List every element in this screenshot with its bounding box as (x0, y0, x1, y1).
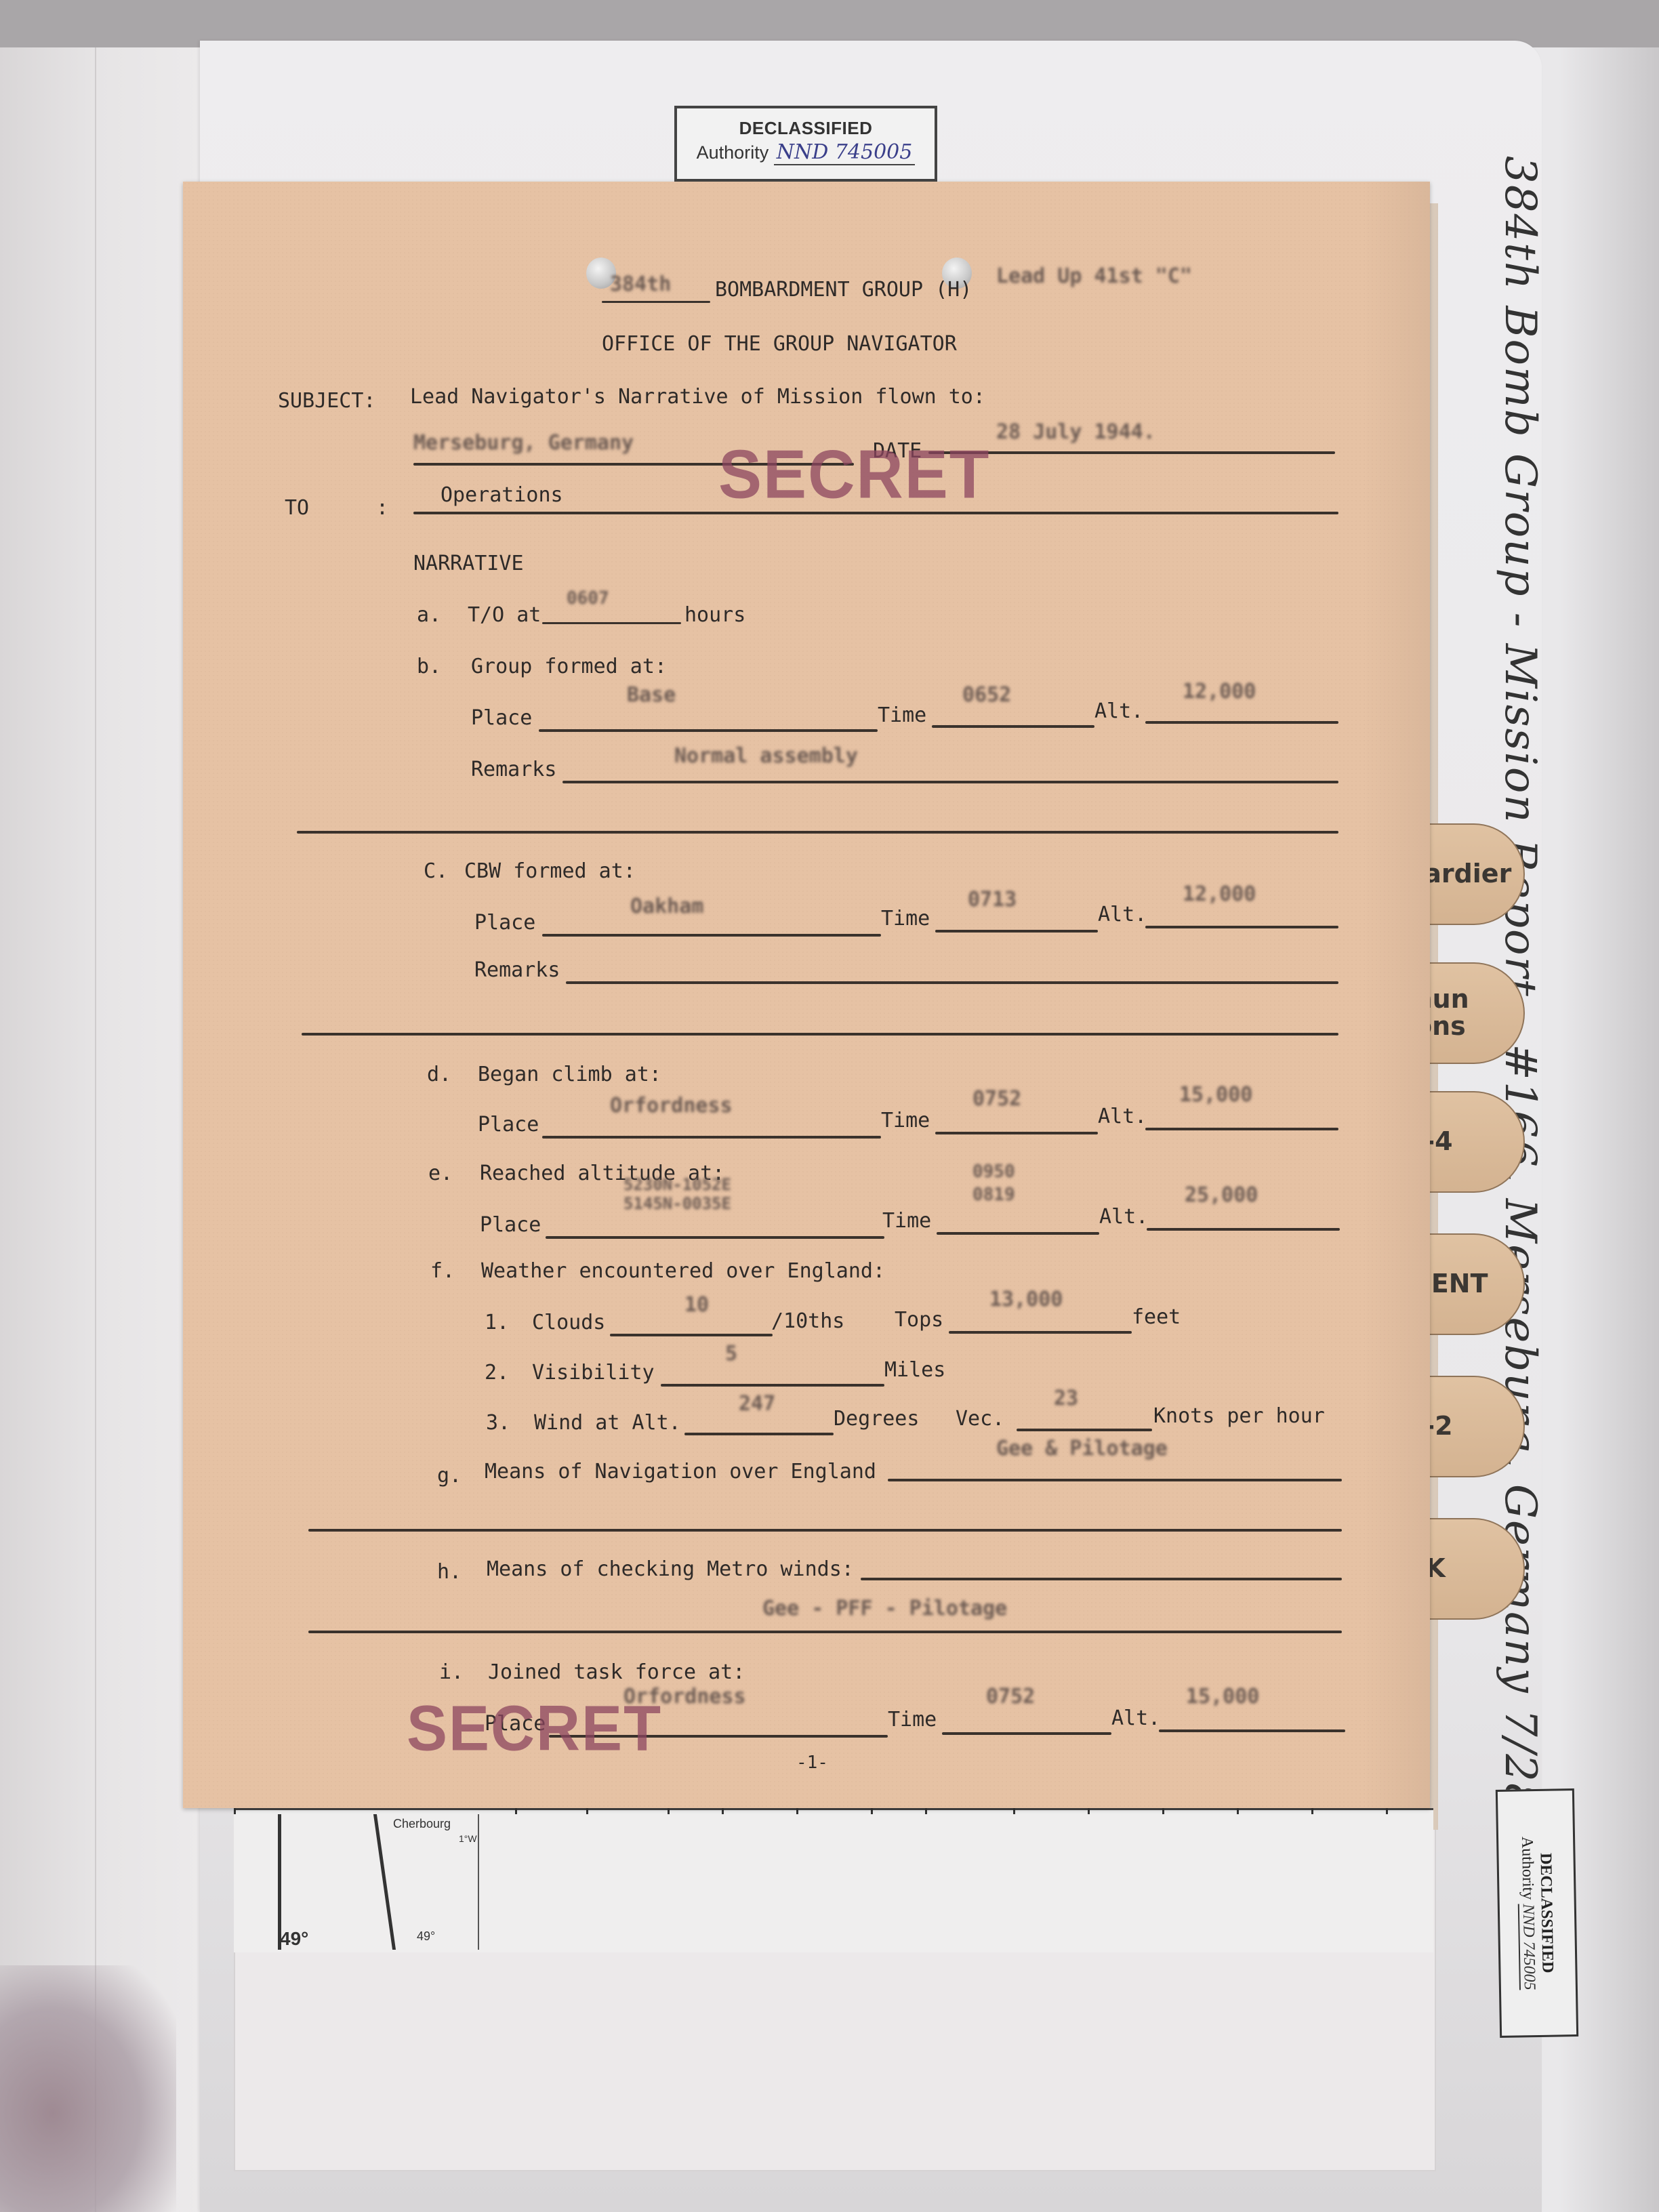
alt-label: Alt. (1111, 1706, 1160, 1730)
group-formed-place: Base (627, 683, 676, 707)
underline (1159, 1729, 1345, 1732)
item-b-label: Group formed at: (471, 655, 667, 678)
clouds-value: 10 (684, 1293, 709, 1317)
group-formed-remarks: Normal assembly (674, 744, 858, 768)
place-label: Place (471, 706, 532, 730)
declassified-stamp-top: DECLASSIFIED Authority NND 745005 (674, 106, 937, 182)
navigator-narrative-form: 384th BOMBARDMENT GROUP (H) Lead Up 41st… (183, 182, 1430, 1808)
metro-winds-check: Gee - PFF - Pilotage (762, 1597, 1007, 1620)
underline (602, 301, 710, 303)
subject-label: SUBJECT: (278, 389, 376, 413)
mission-target: Merseburg, Germany (413, 431, 634, 455)
vec-label: Vec. (956, 1407, 1004, 1431)
declassified-stamp-side: DECLASSIFIED Authority NND 745005 (1496, 1788, 1578, 2038)
paper-edge-shading (1362, 182, 1430, 1808)
underline (562, 781, 1338, 783)
underline (932, 725, 1094, 728)
item-c-prefix: C. (424, 859, 448, 883)
began-climb-time: 0752 (972, 1087, 1021, 1111)
divider (297, 831, 1338, 834)
began-climb-alt: 15,000 (1179, 1083, 1252, 1107)
map-label-latitude-left: 49° (280, 1928, 308, 1950)
underline (661, 1384, 884, 1387)
reached-altitude-place-1: 5230N-1052E (623, 1175, 731, 1194)
item-g-label: Means of Navigation over England (485, 1460, 876, 1483)
place-label: Place (480, 1213, 541, 1237)
page-number: -1- (796, 1753, 828, 1773)
wind-degrees: 247 (739, 1392, 775, 1416)
item-e-prefix: e. (428, 1162, 453, 1185)
map-strip: Cherbourg 1°W 49° 49° (234, 1808, 1433, 1952)
began-climb-place: Orfordness (610, 1094, 733, 1118)
item-f-label: Weather encountered over England: (481, 1259, 885, 1283)
takeoff-time: 0607 (567, 588, 609, 609)
underline (542, 934, 881, 937)
item-h-label: Means of checking Metro winds: (487, 1557, 854, 1581)
alt-label: Alt. (1094, 699, 1143, 723)
coastline (373, 1814, 396, 1950)
secret-stamp: SECRET (718, 436, 990, 514)
reached-altitude-alt: 25,000 (1185, 1183, 1258, 1207)
date-value: 28 July 1944. (996, 420, 1155, 444)
item-c-label: CBW formed at: (464, 859, 636, 883)
time-label: Time (882, 1209, 931, 1233)
cbw-formed-time: 0713 (968, 888, 1017, 912)
cloud-tops-value: 13,000 (989, 1288, 1063, 1311)
item-h-prefix: h. (437, 1560, 462, 1584)
folder-handwritten-label: 384th Bomb Group - Mission Report - #166… (1484, 156, 1545, 1715)
narrative-label: NARRATIVE (413, 552, 524, 575)
reached-altitude-time-1: 0950 (972, 1162, 1015, 1182)
cbw-formed-alt: 12,000 (1183, 882, 1256, 906)
underline (888, 1479, 1342, 1481)
reached-altitude-place-2: 5145N-0035E (623, 1194, 731, 1213)
item-f-prefix: f. (430, 1259, 455, 1283)
underline (1145, 721, 1338, 724)
authority-number: NND 745005 (1518, 1904, 1538, 1990)
divider (302, 1033, 1338, 1036)
underline (935, 930, 1098, 933)
underline (542, 622, 681, 624)
divider (308, 1631, 1342, 1633)
form-header: BOMBARDMENT GROUP (H) (715, 278, 972, 302)
visibility-label: Visibility (532, 1361, 655, 1385)
group-formed-alt: 12,000 (1183, 680, 1256, 703)
tops-suffix: feet (1132, 1305, 1181, 1329)
time-label: Time (881, 907, 930, 930)
alt-label: Alt. (1098, 1105, 1147, 1128)
underline (935, 1132, 1098, 1134)
place-label: Place (478, 1113, 539, 1136)
underline (684, 1433, 834, 1435)
underline (546, 1236, 884, 1239)
wind-label: Wind at Alt. (534, 1411, 681, 1435)
underline (1145, 926, 1338, 928)
alt-label: Alt. (1099, 1205, 1148, 1229)
divider (308, 1529, 1342, 1532)
authority-label: Authority (697, 142, 769, 163)
to-label: TO (285, 496, 309, 520)
secret-stamp-bottom: SECRET (407, 1692, 662, 1765)
underline (949, 1331, 1132, 1334)
cbw-formed-place: Oakham (630, 895, 703, 918)
time-label: Time (888, 1708, 937, 1732)
underline (566, 981, 1338, 984)
visibility-prefix: 2. (485, 1361, 509, 1385)
remarks-label: Remarks (474, 958, 560, 982)
underline (1017, 1429, 1152, 1431)
to-colon: : (376, 496, 388, 520)
clouds-prefix: 1. (485, 1311, 509, 1334)
map-inset: Cherbourg 1°W 49° 49° (278, 1814, 479, 1950)
underline (942, 1732, 1111, 1735)
to-value: Operations (441, 483, 563, 507)
item-a-label: T/O at (468, 603, 541, 627)
wind-suffix: Knots per hour (1153, 1404, 1325, 1428)
task-force-time: 0752 (986, 1685, 1035, 1708)
hand-shadow (0, 1965, 176, 2212)
authority-number: NND 745005 (774, 140, 916, 165)
item-a-prefix: a. (417, 603, 441, 627)
map-label-city: Cherbourg (393, 1817, 451, 1831)
clouds-label: Clouds (532, 1311, 605, 1334)
time-label: Time (881, 1109, 930, 1132)
folder-crease (95, 47, 96, 2212)
visibility-value: 5 (725, 1342, 737, 1366)
office-title: OFFICE OF THE GROUP NAVIGATOR (602, 332, 957, 356)
declassified-title: DECLASSIFIED (677, 118, 935, 139)
item-i-prefix: i. (439, 1660, 464, 1684)
visibility-suffix: Miles (884, 1358, 945, 1382)
group-number: 384th (610, 272, 671, 296)
wind-vector: 23 (1054, 1387, 1078, 1410)
task-force-alt: 15,000 (1186, 1685, 1259, 1708)
underline (937, 1232, 1099, 1235)
remarks-label: Remarks (471, 758, 556, 781)
underline (542, 1136, 881, 1139)
wind-prefix: 3. (486, 1411, 510, 1435)
header-annotation: Lead Up 41st "C" (996, 264, 1192, 288)
underline (610, 1334, 773, 1336)
item-g-prefix: g. (437, 1464, 462, 1488)
subject-text: Lead Navigator's Narrative of Mission fl… (410, 385, 985, 409)
item-d-label: Began climb at: (478, 1063, 661, 1086)
underline (413, 512, 1338, 514)
underline (1145, 1128, 1338, 1130)
degrees-label: Degrees (834, 1407, 919, 1431)
alt-label: Alt. (1098, 903, 1147, 926)
reached-altitude-time-2: 0819 (972, 1185, 1015, 1205)
underline (1147, 1228, 1340, 1231)
map-label-latitude: 49° (417, 1929, 435, 1944)
underline (539, 729, 878, 732)
item-i-label: Joined task force at: (488, 1660, 745, 1684)
authority-label: Authority (1518, 1837, 1537, 1900)
item-d-prefix: d. (427, 1063, 451, 1086)
time-label: Time (878, 703, 926, 727)
place-label: Place (474, 911, 535, 935)
map-label-longitude: 1°W (459, 1833, 477, 1844)
item-b-prefix: b. (417, 655, 441, 678)
underline (861, 1578, 1342, 1580)
clouds-suffix: /10ths (771, 1309, 844, 1333)
navigation-means: Gee & Pilotage (996, 1437, 1168, 1460)
tops-label: Tops (895, 1308, 943, 1332)
item-a-suffix: hours (684, 603, 745, 627)
group-formed-time: 0652 (962, 683, 1011, 707)
